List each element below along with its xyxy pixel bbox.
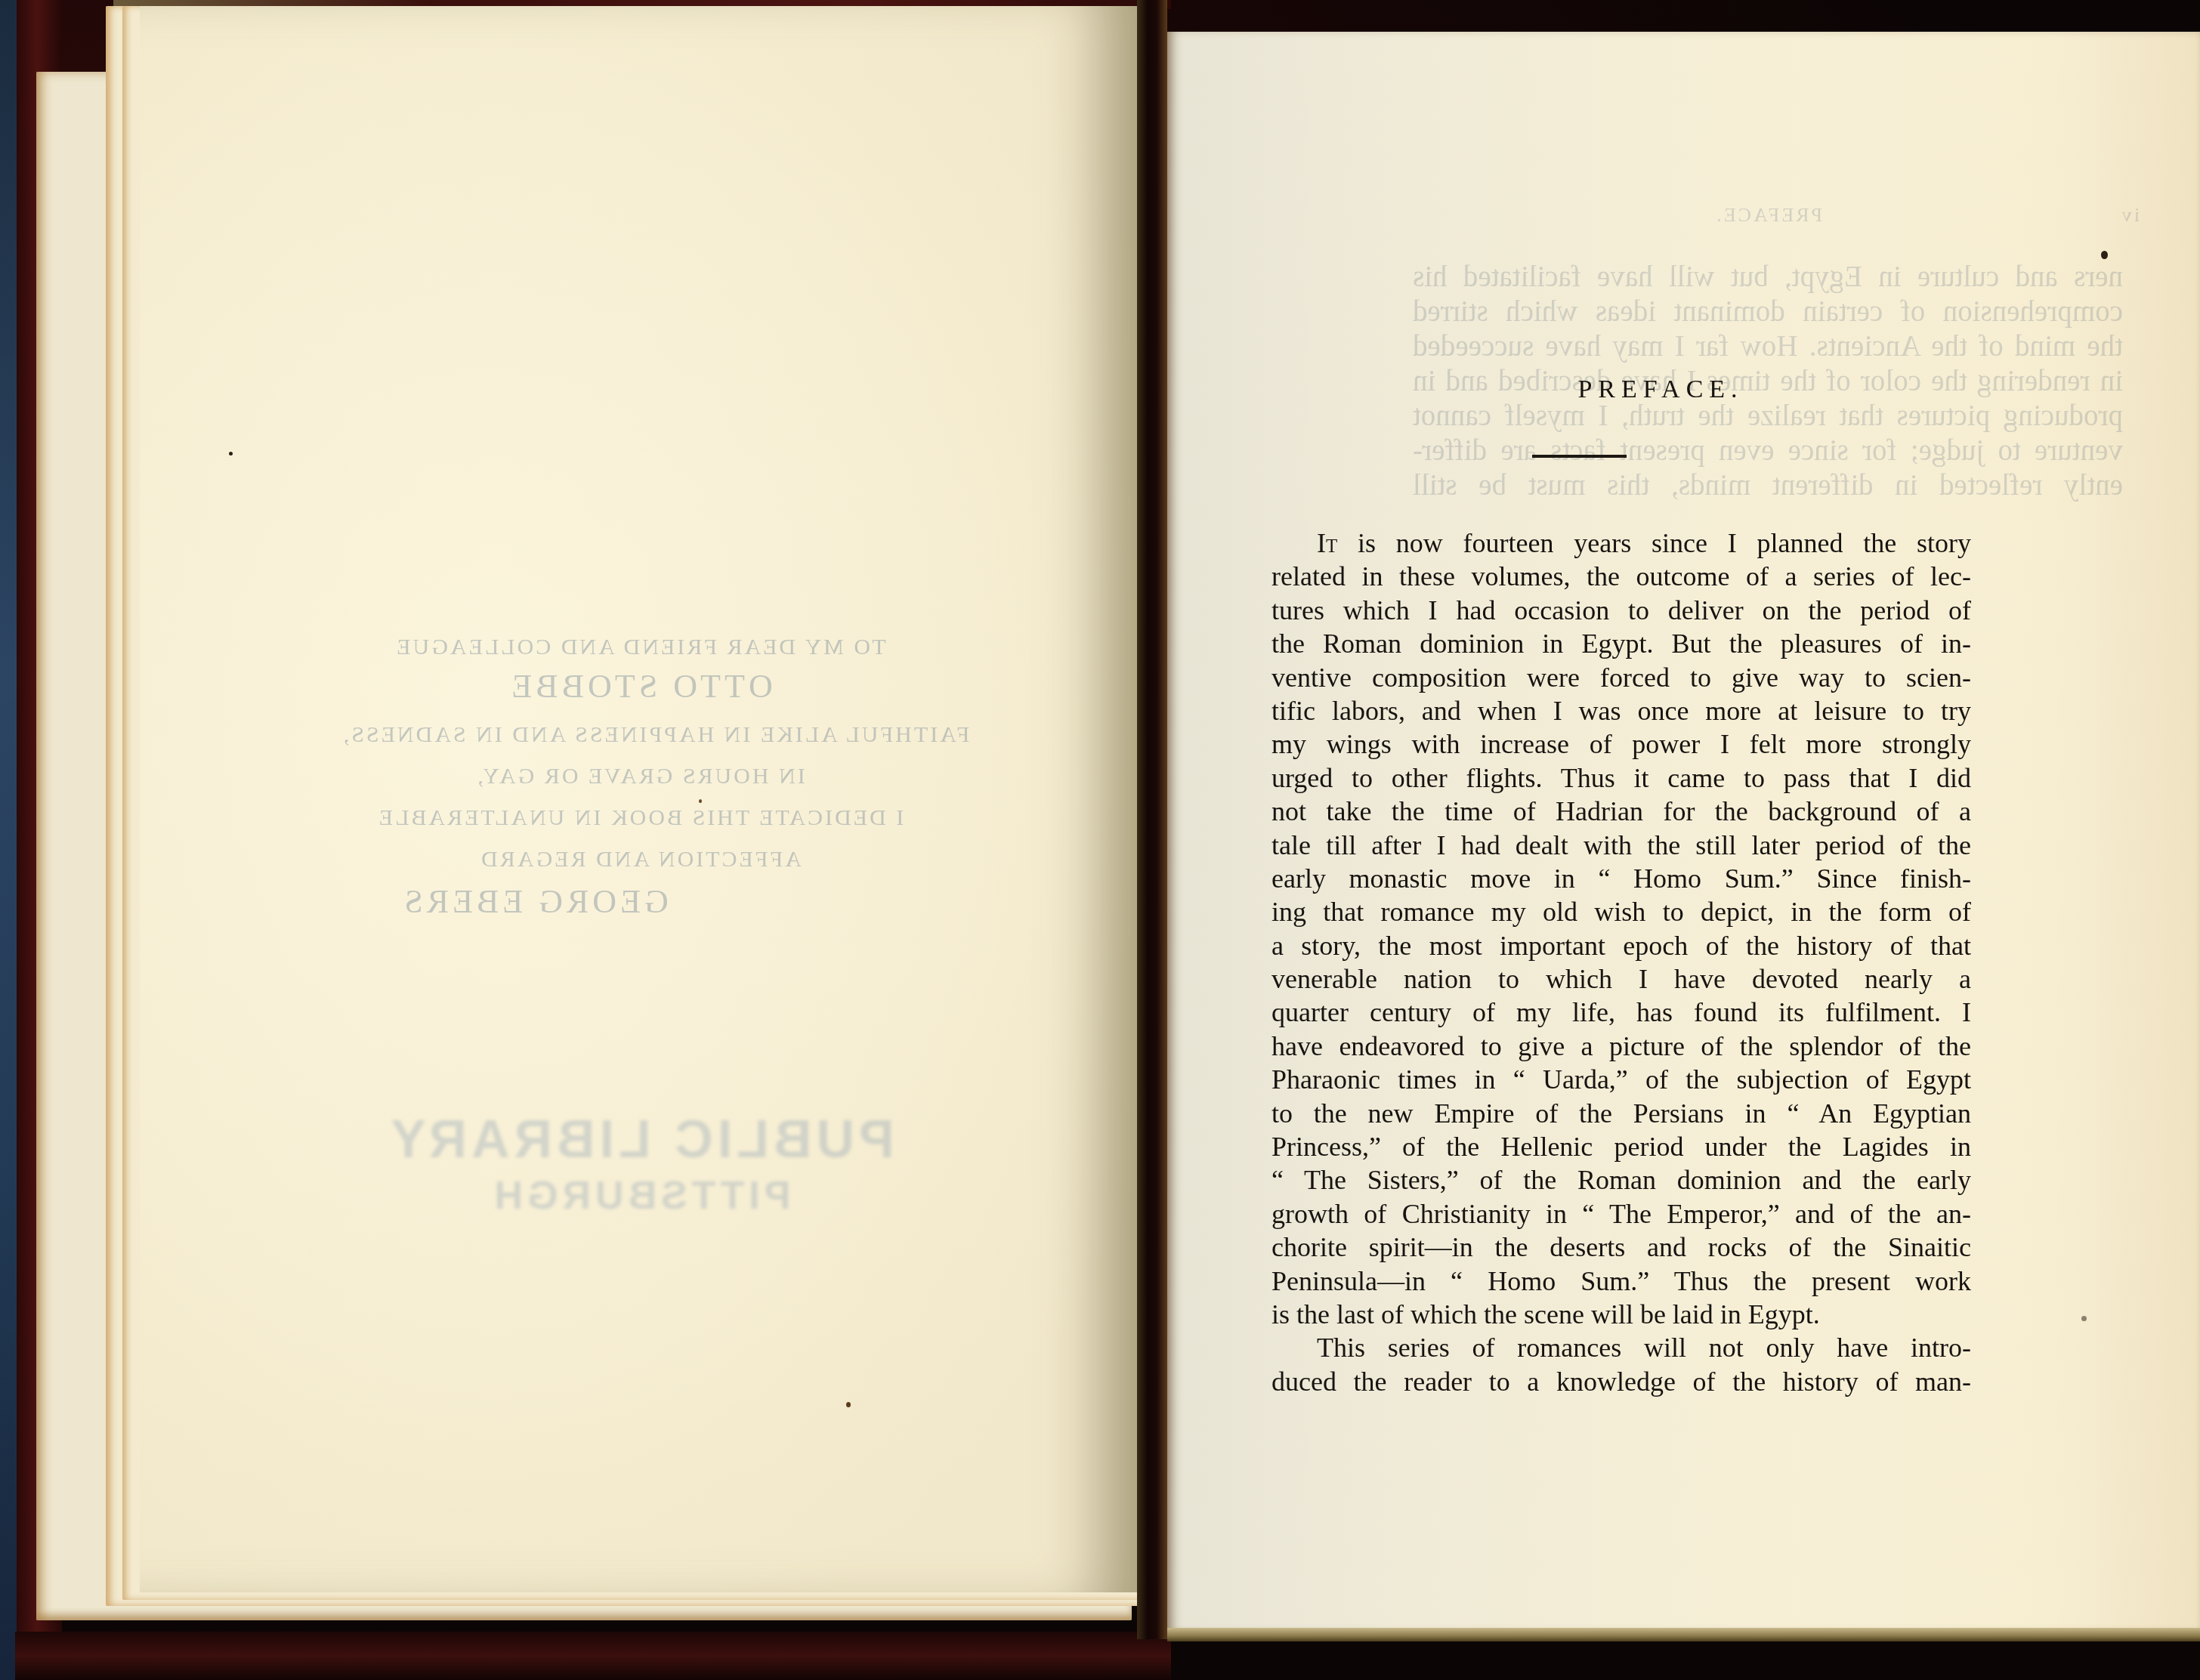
text-line: This series of romances will not only ha… xyxy=(1271,1331,1971,1364)
dedication-line: I DEDICATE THIS BOOK IN UNALTERABLE xyxy=(140,805,1141,831)
text-line: Princess,” of the Hellenic period under … xyxy=(1271,1130,1971,1163)
dedication-line: IN HOURS GRAVE OR GAY, xyxy=(140,764,1141,789)
dedication-name: OTTO STOBBE xyxy=(140,667,1141,706)
text-line: the Roman dominion in Egypt. But the ple… xyxy=(1271,627,1971,660)
text-line: tures which I had occasion to deliver on… xyxy=(1271,594,1971,627)
book-scan: TO MY DEAR FRIEND AND COLLEAGUE OTTO STO… xyxy=(0,0,2200,1680)
text-line: related in these volumes, the outcome of… xyxy=(1271,560,1971,593)
text-line: tale till after I had dealt with the sti… xyxy=(1271,829,1971,862)
text-line: ventive composition were forced to give … xyxy=(1271,661,1971,694)
text-line: chorite spirit—in the deserts and rocks … xyxy=(1271,1231,1971,1264)
dedication-bleed-through: TO MY DEAR FRIEND AND COLLEAGUE OTTO STO… xyxy=(140,6,1141,1592)
right-page: PREFACE. iv ners and culture in Egypt, b… xyxy=(1167,32,2200,1637)
text-line: “ The Sisters,” of the Roman dominion an… xyxy=(1271,1163,1971,1197)
dedication-line: FAITHFUL ALIKE IN HAPPINESS AND IN SADNE… xyxy=(155,722,1141,748)
text-line: to the new Empire of the Persians in “ A… xyxy=(1271,1097,1971,1130)
page-title: PREFACE. xyxy=(1271,375,2027,404)
text-line: quarter century of my life, has found it… xyxy=(1271,996,1971,1029)
text-line: duced the reader to a knowledge of the h… xyxy=(1271,1365,1971,1398)
page-stack-edge xyxy=(1167,1628,2200,1641)
library-stamp-line: PUBLIC LIBRARY xyxy=(140,1109,1141,1169)
preface-body: It is now fourteen years since I planned… xyxy=(1271,527,1971,1398)
dedication-line: TO MY DEAR FRIEND AND COLLEAGUE xyxy=(140,635,1141,660)
text-line: not take the time of Hadrian for the bac… xyxy=(1271,795,1971,828)
text-line: my wings with increase of power I felt m… xyxy=(1271,727,1971,761)
text-line: a story, the most important epoch of the… xyxy=(1271,929,1971,962)
text-line: Peninsula—in “ Homo Sum.” Thus the prese… xyxy=(1271,1265,1971,1298)
text-line: Pharaonic times in “ Uarda,” of the subj… xyxy=(1271,1063,1971,1096)
text-line: early monastic move in “ Homo Sum.” Sinc… xyxy=(1271,862,1971,895)
dedication-signature: GEORG EBERS xyxy=(140,882,1035,921)
dedication-line: AFFECTION AND REGARD xyxy=(140,847,1141,872)
book-gutter xyxy=(1137,0,1167,1639)
left-page: TO MY DEAR FRIEND AND COLLEAGUE OTTO STO… xyxy=(140,6,1141,1592)
text-line: growth of Christianity in “ The Emperor,… xyxy=(1271,1197,1971,1231)
book-cover-bottom-edge xyxy=(15,1632,1171,1680)
title-rule xyxy=(1532,455,1627,458)
text-line: tific labors, and when I was once more a… xyxy=(1271,694,1971,727)
text-line: venerable nation to which I have devoted… xyxy=(1271,962,1971,996)
text-line: It is now fourteen years since I planned… xyxy=(1271,527,1971,560)
library-stamp-line: PITTSBURGH xyxy=(140,1173,1141,1218)
text-line: is the last of which the scene will be l… xyxy=(1271,1298,1971,1331)
text-line: urged to other flights. Thus it came to … xyxy=(1271,761,1971,795)
text-line: have endeavored to give a picture of the… xyxy=(1271,1030,1971,1063)
text-line: ing that romance my old wish to depict, … xyxy=(1271,895,1971,928)
